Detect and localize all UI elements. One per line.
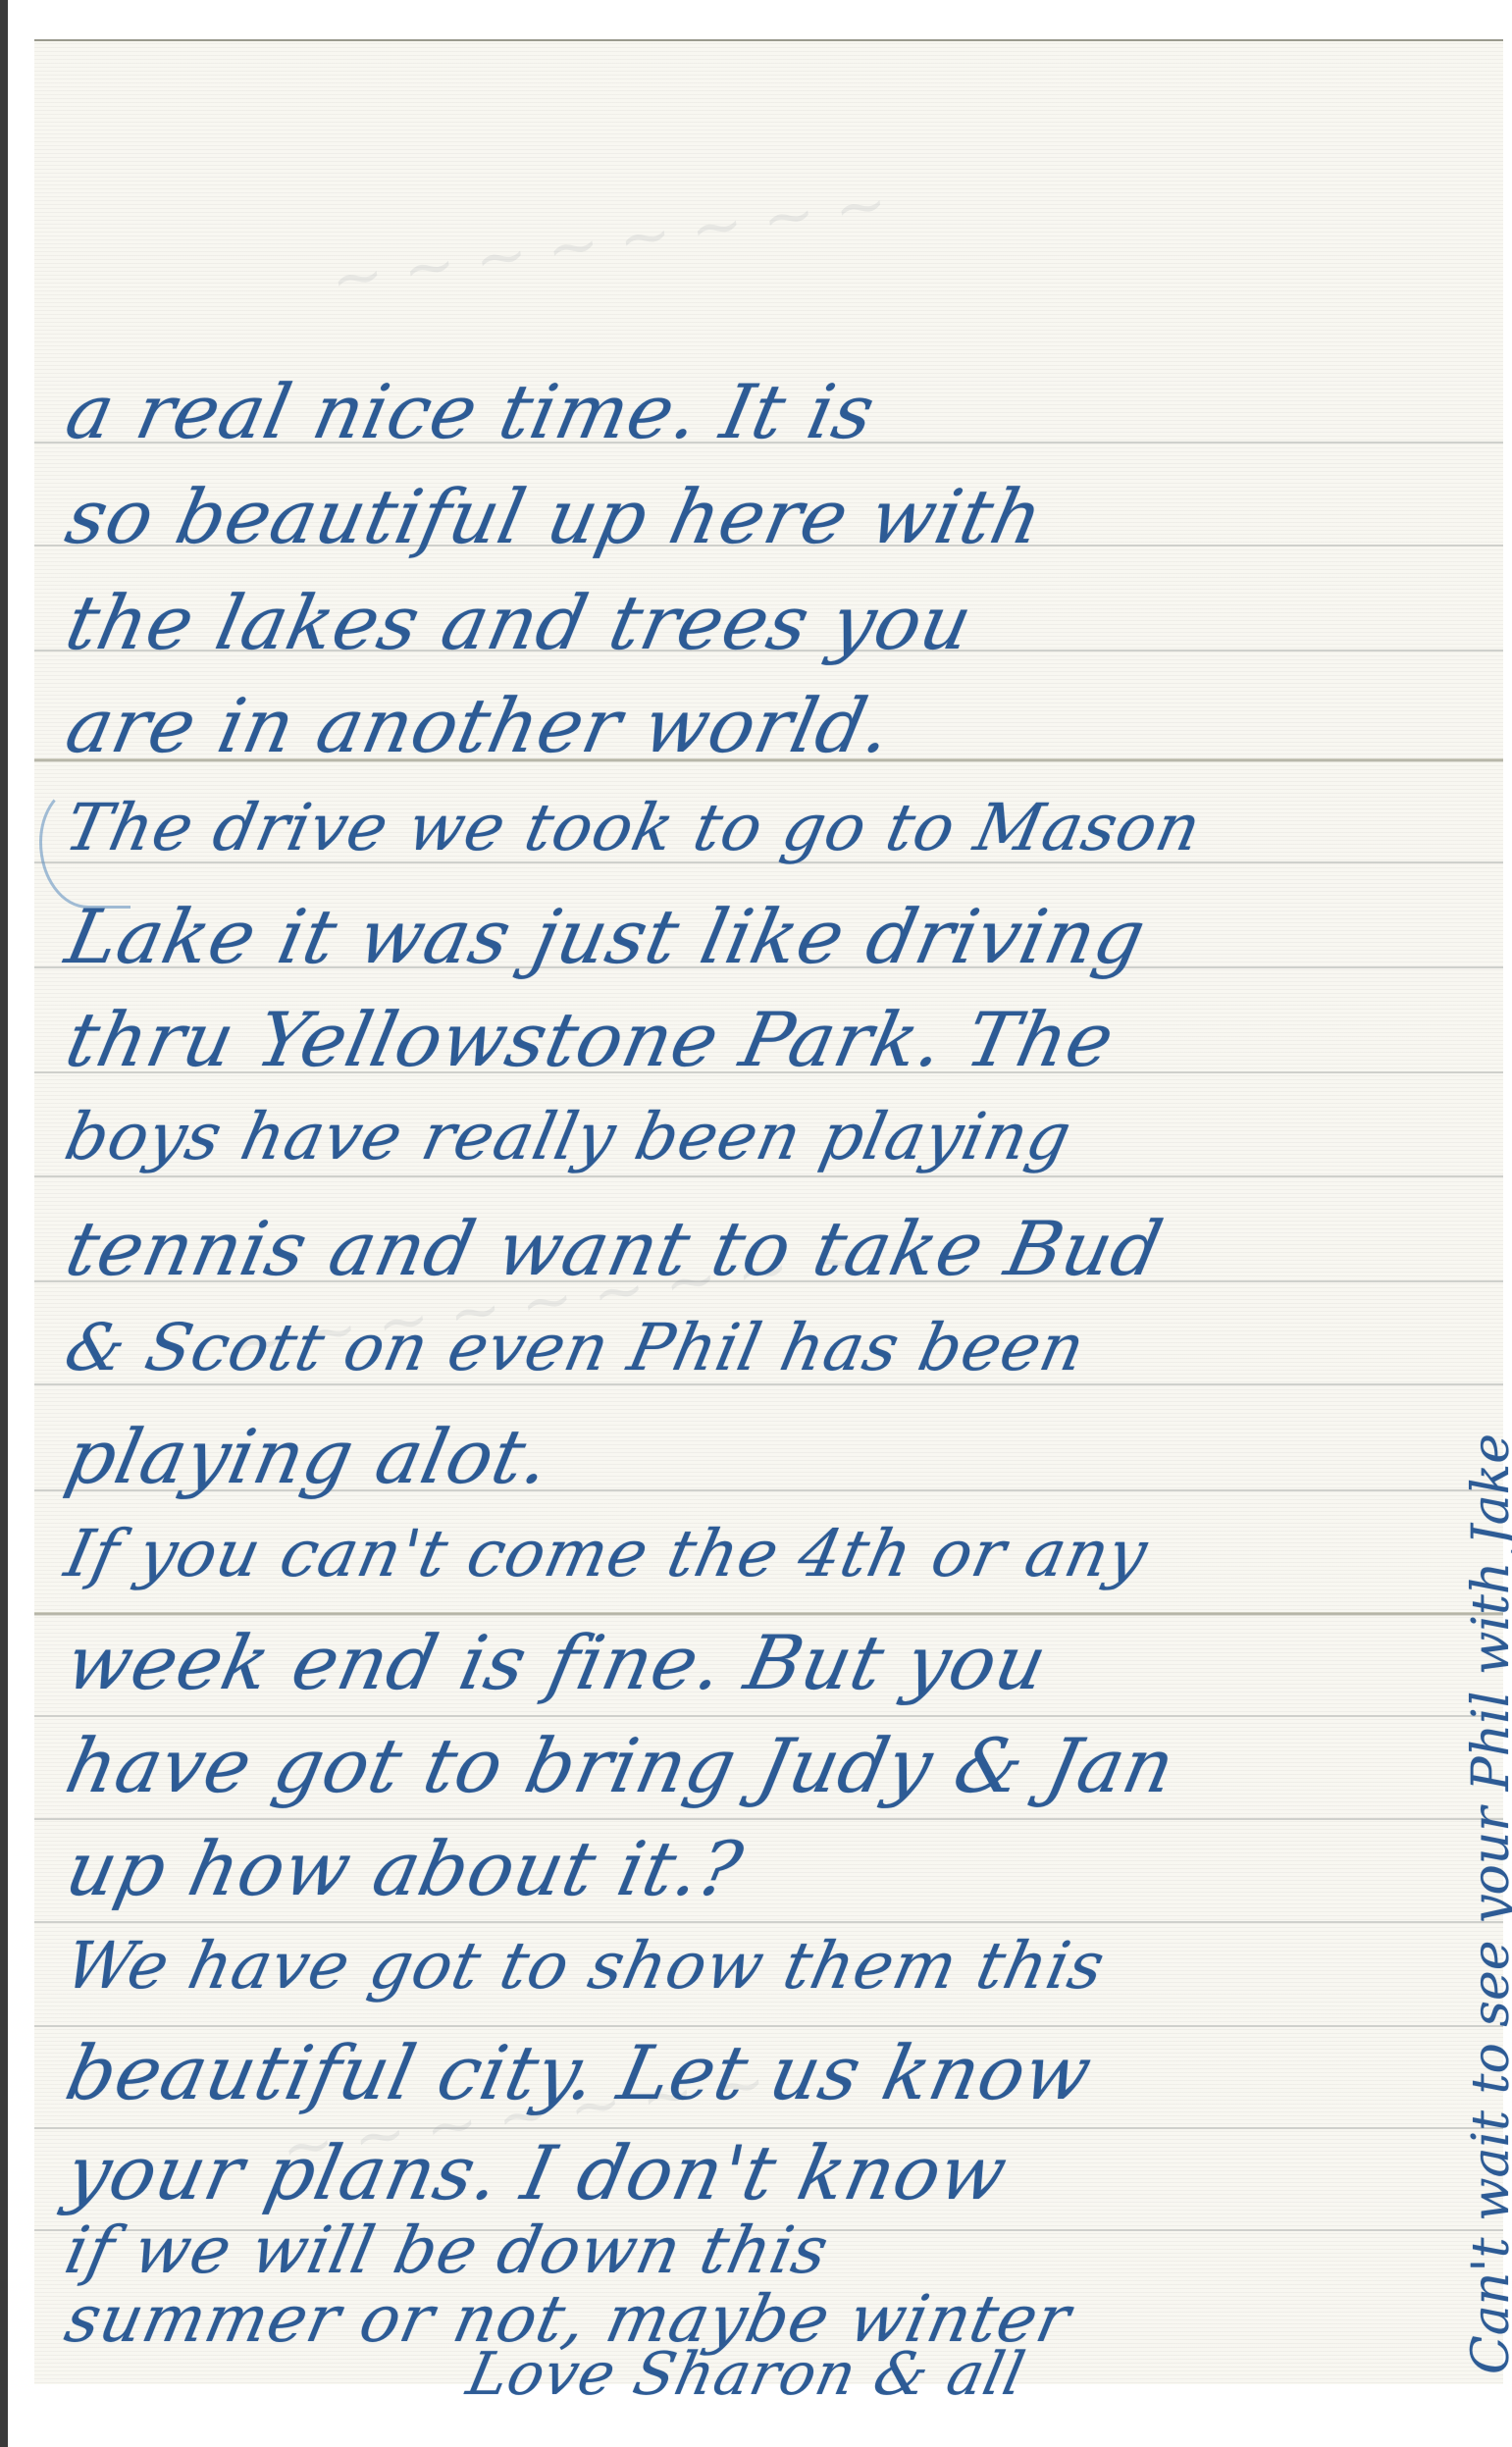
letter-line: beautiful city. Let us know	[59, 2029, 1100, 2116]
letter-line: your plans. I don't know	[59, 2129, 1016, 2216]
ruled-line	[34, 1715, 1503, 1717]
letter-line: We have got to show them this	[59, 1928, 1112, 2004]
letter-line: thru Yellowstone Park. The	[59, 996, 1122, 1083]
scanner-edge	[0, 0, 8, 2447]
letter-line: playing alot.	[59, 1413, 558, 1500]
margin-note: Can't wait to see your Phil with Jake	[1462, 765, 1512, 2374]
letter-line: If you can't come the 4th or any	[59, 1516, 1155, 1591]
letter-line: if we will be down this	[59, 2213, 835, 2288]
letter-line: a real nice time. It is	[59, 368, 883, 455]
letter-line: the lakes and trees you	[59, 579, 980, 666]
letter-line: Lake it was just like driving	[59, 893, 1154, 980]
ruled-line	[34, 1175, 1503, 1177]
fold-crease	[34, 1612, 1503, 1616]
ruled-line	[34, 1818, 1503, 1820]
ruled-line	[34, 1921, 1503, 1923]
letter-line: The drive we took to go to Mason	[59, 790, 1208, 865]
signature: Love Sharon & all	[461, 2340, 1031, 2409]
letter-line: are in another world.	[59, 682, 900, 769]
ink-bleed-through: ~ ~ ~ ~ ~ ~ ~ ~	[327, 168, 892, 318]
letter-line: up how about it.?	[59, 1825, 751, 1912]
letter-line: & Scott on even Phil has been	[59, 1310, 1092, 1385]
letter-line: so beautiful up here with	[59, 473, 1051, 560]
letter-line: have got to bring Judy & Jan	[59, 1722, 1183, 1809]
letter-line: tennis and want to take Bud	[59, 1205, 1171, 1292]
letter-line: boys have really been playing	[59, 1099, 1078, 1174]
ruled-line	[34, 2025, 1503, 2027]
letter-line: week end is fine. But you	[59, 1619, 1055, 1706]
